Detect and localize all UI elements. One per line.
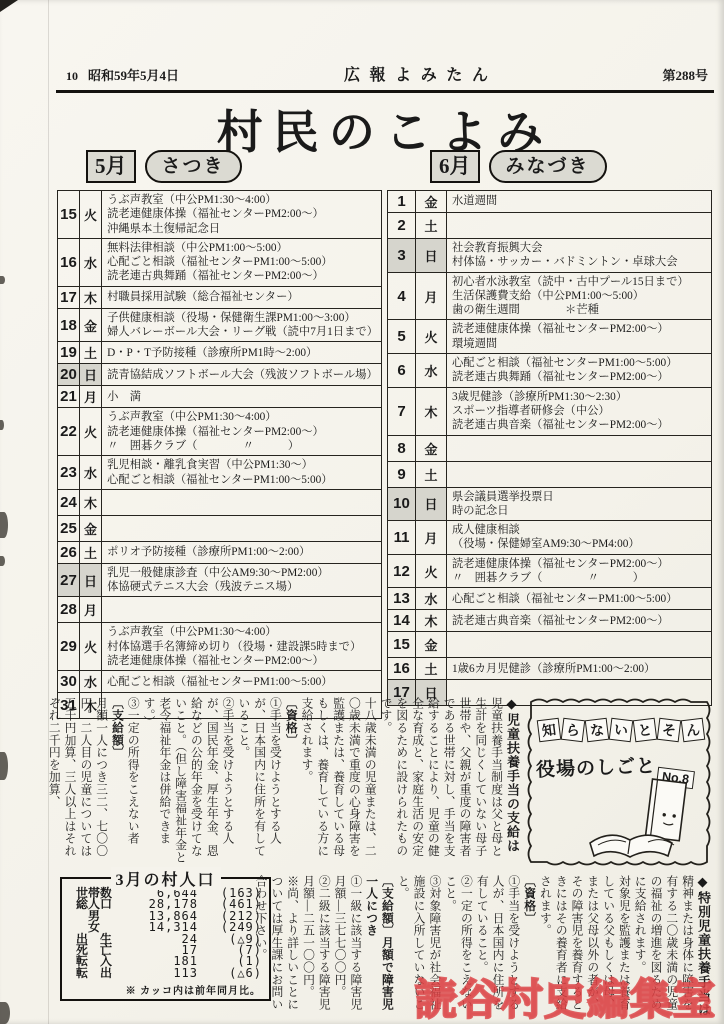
weekday: 日 xyxy=(416,239,447,273)
population-row-value: 113 xyxy=(136,968,198,979)
weekday: 火 xyxy=(79,191,101,239)
calendar-tables: 15火うぶ声教室（中公PM1:30～4:00）読老連健康体操（福祉センターPM2… xyxy=(57,190,712,719)
population-table: 世帯数6,644(163)総人口28,178(461) 男13,864(212)… xyxy=(62,879,269,979)
article-paragraph: ①手当を受けようとする人が、日本国内に住所を有していること。 xyxy=(235,697,282,869)
calendar-row: 27日乳児一般健康診査（中公AM9:30～PM2:00）体協硬式テニス大会（残波… xyxy=(58,563,382,597)
calendar-row: 26土ポリオ予防接種（診療所PM1:00～2:00） xyxy=(58,541,382,563)
calendar-row: 14木読老連古典音楽（福祉センターPM2:00～） xyxy=(388,610,712,632)
events-cell xyxy=(102,515,382,541)
calendar-row: 30水心配ごと相談（福祉センターPM1:00～5:00） xyxy=(58,671,382,693)
events-cell: 水道週間 xyxy=(447,191,712,213)
day-number: 23 xyxy=(58,456,80,490)
day-number: 9 xyxy=(388,461,416,487)
day-number: 24 xyxy=(58,489,80,515)
article-paragraph: 児童扶養手当制度は父と母と生計を同じくしていない母子世帯や、父親が重度の障害者で… xyxy=(377,697,503,869)
calendar-row: 21月小 満 xyxy=(58,386,382,408)
day-number: 18 xyxy=(58,308,80,342)
bottom-section: ◆児童扶養手当の支給は児童扶養手当制度は父と母と生計を同じくしていない母子世帯や… xyxy=(57,697,712,1019)
day-number: 2 xyxy=(388,213,416,239)
scan-corner-mark xyxy=(0,0,18,12)
events-cell: 乳児相談・離乳食実習（中公PM1:30～）心配ごと相談（福祉センターPM1:00… xyxy=(102,456,382,490)
calendar-row: 22火うぶ声教室（中公PM1:30～4:00）読老連健康体操（福祉センターPM2… xyxy=(58,408,382,456)
calendar-row: 7木3歳児健診（診療所PM1:30～2:30）スポーツ指導者研修会（中公）読老連… xyxy=(388,387,712,435)
calendar-row: 4月初心者水泳教室（読中・古中プール15日まで）生活保護費支給（中公PM1:00… xyxy=(388,272,712,320)
day-number: 4 xyxy=(388,272,416,320)
events-cell: D・P・T予防接種（診療所PM1時～2:00） xyxy=(102,342,382,364)
calendar-row: 16水無料法律相談（中公PM1:00～5:00）心配ごと相談（福祉センターPM1… xyxy=(58,238,382,286)
issue-number: 第288号 xyxy=(662,65,708,84)
day-number: 21 xyxy=(58,386,80,408)
weekday: 水 xyxy=(416,588,447,610)
book-mascot-icon xyxy=(584,777,702,863)
day-number: 17 xyxy=(58,286,80,308)
events-cell: 1歳6カ月児健診（診療所PM1:00～2:00） xyxy=(447,658,712,680)
calendar-row: 15金 xyxy=(388,632,712,658)
article-paragraph: 月額一人につき三二、七〇〇円。二人目の児童については五千円加算、三人以上はそれぞ… xyxy=(45,697,108,869)
month-number-label: 5月 xyxy=(86,150,136,183)
calendar-row: 12火読老連健康体操（福祉センターPM2:00～）〃 囲碁クラブ（ 〃 ） xyxy=(388,554,712,588)
article-paragraph: 〔支給額〕月額で障害児一人につき xyxy=(363,875,395,1017)
weekday: 日 xyxy=(79,563,101,597)
day-number: 16 xyxy=(58,238,80,286)
binding-mark xyxy=(0,1002,10,1024)
calendar-row: 6水心配ごと相談（福祉センターPM1:00～5:00）読老連古典舞踊（福祉センタ… xyxy=(388,354,712,388)
day-number: 27 xyxy=(58,563,80,597)
binding-mark xyxy=(0,420,4,430)
binding-mark xyxy=(0,276,5,284)
calendar-row: 15火うぶ声教室（中公PM1:30～4:00）読老連健康体操（福祉センターPM2… xyxy=(58,191,382,239)
badge-tile: ん xyxy=(681,718,706,743)
weekday: 金 xyxy=(416,632,447,658)
day-number: 29 xyxy=(58,623,80,671)
events-cell xyxy=(102,597,382,623)
events-cell: 読青協結成ソフトボール大会（残波ソフトボール場） xyxy=(102,364,382,386)
weekday: 月 xyxy=(416,272,447,320)
events-cell: 無料法律相談（中公PM1:00～5:00）心配ごと相談（福祉センターPM1:00… xyxy=(102,238,382,286)
day-number: 7 xyxy=(388,387,416,435)
day-number: 5 xyxy=(388,320,416,354)
events-cell: 乳児一般健康診査（中公AM9:30～PM2:00）体協硬式テニス大会（残波テニス… xyxy=(102,563,382,597)
day-number: 30 xyxy=(58,671,80,693)
day-number: 13 xyxy=(388,588,416,610)
events-cell: 3歳児健診（診療所PM1:30～2:30）スポーツ指導者研修会（中公）読老連古典… xyxy=(447,387,712,435)
calendar-row: 28月 xyxy=(58,597,382,623)
day-number: 28 xyxy=(58,597,80,623)
calendar-row: 5火読老連健康体操（福祉センターPM2:00～）環境週間 xyxy=(388,320,712,354)
calendar-row: 1金水道週間 xyxy=(388,191,712,213)
calendar-row: 3日社会教育振興大会村体協・サッカー・バドミントン・卓球大会 xyxy=(388,239,712,273)
day-number: 12 xyxy=(388,554,416,588)
day-number: 19 xyxy=(58,342,80,364)
day-number: 16 xyxy=(388,658,416,680)
events-cell: うぶ声教室（中公PM1:30～4:00）読老連健康体操（福祉センターPM2:00… xyxy=(102,191,382,239)
calendar-june: 1金水道週間2土3日社会教育振興大会村体協・サッカー・バドミントン・卓球大会4月… xyxy=(387,190,712,706)
calendar-row: 18金子供健康相談（役場・保健衛生課PM1:00～3:00）婦人バレーボール大会… xyxy=(58,308,382,342)
issue-date: 昭和59年5月4日 xyxy=(88,65,179,84)
weekday: 火 xyxy=(79,408,101,456)
events-cell: うぶ声教室（中公PM1:30～4:00）村体協選手名簿締め切り（役場・建設課5時… xyxy=(102,623,382,671)
article-paragraph: ※尚、より詳しいことについては厚生課にお問い合わせ下さい。 xyxy=(252,875,299,1017)
month-name-label: みなづき xyxy=(489,150,607,183)
binding-mark xyxy=(0,752,8,780)
calendar-row: 8金 xyxy=(388,435,712,461)
day-number: 3 xyxy=(388,239,416,273)
article-heading: ◆児童扶養手当の支給は xyxy=(504,697,521,869)
badge-title-tiles: 知らないとそん xyxy=(538,719,704,741)
binding-gutter-line xyxy=(48,0,49,1024)
month-name-label: さつき xyxy=(145,150,242,183)
events-cell: 読老連健康体操（福祉センターPM2:00～）〃 囲碁クラブ（ 〃 ） xyxy=(447,554,712,588)
events-cell: 初心者水泳教室（読中・古中プール15日まで）生活保護費支給（中公PM1:00～5… xyxy=(447,272,712,320)
yakuba-no-shigoto-badge: 知らないとそん 役場のしごと No.8 xyxy=(526,697,712,867)
weekday: 木 xyxy=(79,489,101,515)
month-badge-may: 5月 さつき xyxy=(86,150,242,183)
events-cell: 心配ごと相談（福祉センターPM1:00～5:00） xyxy=(447,588,712,610)
weekday: 金 xyxy=(416,191,447,213)
day-number: 11 xyxy=(388,521,416,555)
day-number: 1 xyxy=(388,191,416,213)
events-cell xyxy=(102,489,382,515)
weekday: 木 xyxy=(79,286,101,308)
day-number: 26 xyxy=(58,541,80,563)
weekday: 金 xyxy=(79,308,101,342)
article-paragraph: ②二級に該当する障害児 月額―二五一〇〇円。 xyxy=(300,875,332,1017)
calendar-row: 9土 xyxy=(388,461,712,487)
weekday: 金 xyxy=(79,515,101,541)
calendar-row: 20日読青協結成ソフトボール大会（残波ソフトボール場） xyxy=(58,364,382,386)
events-cell: 社会教育振興大会村体協・サッカー・バドミントン・卓球大会 xyxy=(447,239,712,273)
population-box: 3月の村人口 世帯数6,644(163)総人口28,178(461) 男13,8… xyxy=(60,877,271,1001)
day-number: 15 xyxy=(388,632,416,658)
day-number: 6 xyxy=(388,354,416,388)
weekday: 土 xyxy=(416,461,447,487)
badge-tile: 知 xyxy=(537,718,562,743)
events-cell xyxy=(447,461,712,487)
day-number: 8 xyxy=(388,435,416,461)
weekday: 月 xyxy=(416,521,447,555)
events-cell: 県会議員選挙投票日時の記念日 xyxy=(447,487,712,521)
events-cell xyxy=(447,213,712,239)
events-cell xyxy=(447,632,712,658)
article-paragraph: ③一定の所得をこえない者 xyxy=(124,697,140,869)
events-cell: 読老連健康体操（福祉センターPM2:00～）環境週間 xyxy=(447,320,712,354)
page-header: 10 昭和59年5月4日 広報よみたん 第288号 xyxy=(66,62,708,85)
events-cell: 小 満 xyxy=(102,386,382,408)
population-title: 3月の村人口 xyxy=(110,867,220,890)
calendar-row: 2土 xyxy=(388,213,712,239)
article-child-allowance: ◆児童扶養手当の支給は児童扶養手当制度は父と母と生計を同じくしていない母子世帯や… xyxy=(57,697,521,869)
events-cell: 心配ごと相談（福祉センターPM1:00～5:00） xyxy=(102,671,382,693)
badge-tile: ら xyxy=(561,718,586,743)
binding-mark xyxy=(0,512,8,538)
weekday: 水 xyxy=(416,354,447,388)
day-number: 10 xyxy=(388,487,416,521)
month-badge-june: 6月 みなづき xyxy=(430,150,607,183)
events-cell: ポリオ予防接種（診療所PM1:00～2:00） xyxy=(102,541,382,563)
population-row-label: 転 出 xyxy=(76,968,130,979)
events-cell: 心配ごと相談（福祉センターPM1:00～5:00）読老連古典舞踊（福祉センターP… xyxy=(447,354,712,388)
weekday: 月 xyxy=(79,597,101,623)
article-paragraph: 〔資格〕 xyxy=(282,697,298,869)
calendar-row: 23水乳児相談・離乳食実習（中公PM1:30～）心配ごと相談（福祉センターPM1… xyxy=(58,456,382,490)
events-cell: 読老連古典音楽（福祉センターPM2:00～） xyxy=(447,610,712,632)
editorial-office-stamp: 読谷村史編集室 xyxy=(415,967,716,1024)
events-cell: うぶ声教室（中公PM1:30～4:00）読老連健康体操（福祉センターPM2:00… xyxy=(102,408,382,456)
newspaper-page: 10 昭和59年5月4日 広報よみたん 第288号 村民のこよみ 5月 さつき … xyxy=(0,0,724,1024)
badge-tile: と xyxy=(633,718,658,743)
events-cell: 子供健康相談（役場・保健衛生課PM1:00～3:00）婦人バレーボール大会・リー… xyxy=(102,308,382,342)
badge-tile: そ xyxy=(657,718,682,743)
weekday: 木 xyxy=(416,610,447,632)
calendar-row: 10日県会議員選挙投票日時の記念日 xyxy=(388,487,712,521)
weekday: 金 xyxy=(416,435,447,461)
article-paragraph: ②手当を受けようとする人が、国民年金、厚生年金、恩給などの公的年金を受けてないこ… xyxy=(140,697,235,869)
weekday: 水 xyxy=(79,456,101,490)
page-number: 10 xyxy=(66,69,78,84)
day-number: 22 xyxy=(58,408,80,456)
article-paragraph: 十八歳未満の児童または、二〇歳未満で重度の心身障害を監護または、養育している母も… xyxy=(298,697,377,869)
events-cell: 村職員採用試験（総合福祉センター） xyxy=(102,286,382,308)
calendar-row: 13水心配ごと相談（福祉センターPM1:00～5:00） xyxy=(388,588,712,610)
day-number: 15 xyxy=(58,191,80,239)
badge-tile: い xyxy=(609,718,634,743)
calendar-row: 29火うぶ声教室（中公PM1:30～4:00）村体協選手名簿締め切り（役場・建設… xyxy=(58,623,382,671)
calendar-row: 19土D・P・T予防接種（診療所PM1時～2:00） xyxy=(58,342,382,364)
binding-mark xyxy=(0,556,5,566)
calendar-row: 24木 xyxy=(58,489,382,515)
badge-tile: な xyxy=(585,718,610,743)
calendar-row: 16土1歳6カ月児健診（診療所PM1:00～2:00） xyxy=(388,658,712,680)
day-number: 20 xyxy=(58,364,80,386)
events-cell: 成人健康相談（役場・保健婦室AM9:30～PM4:00） xyxy=(447,521,712,555)
weekday: 水 xyxy=(79,671,101,693)
weekday: 木 xyxy=(416,387,447,435)
day-number: 14 xyxy=(388,610,416,632)
weekday: 土 xyxy=(416,658,447,680)
weekday: 火 xyxy=(416,554,447,588)
weekday: 火 xyxy=(416,320,447,354)
article-paragraph: 〔支給額〕 xyxy=(109,697,125,869)
events-cell xyxy=(447,435,712,461)
calendar-row: 25金 xyxy=(58,515,382,541)
weekday: 火 xyxy=(79,623,101,671)
weekday: 水 xyxy=(79,238,101,286)
weekday: 月 xyxy=(79,386,101,408)
weekday: 土 xyxy=(79,541,101,563)
article-paragraph: ①一級に該当する障害児 月額―三七七〇〇円。 xyxy=(331,875,363,1017)
weekday: 日 xyxy=(79,364,101,386)
weekday: 土 xyxy=(416,213,447,239)
month-number-label: 6月 xyxy=(430,150,480,183)
header-rule xyxy=(56,90,714,93)
population-note: ※ カッコ内は前年同月比。 xyxy=(62,979,269,997)
calendar-may: 15火うぶ声教室（中公PM1:30～4:00）読老連健康体操（福祉センターPM2… xyxy=(57,190,382,719)
weekday: 日 xyxy=(416,487,447,521)
day-number: 25 xyxy=(58,515,80,541)
publication-name: 広報よみたん xyxy=(344,62,498,85)
weekday: 土 xyxy=(79,342,101,364)
calendar-row: 17木村職員採用試験（総合福祉センター） xyxy=(58,286,382,308)
calendar-row: 11月成人健康相談（役場・保健婦室AM9:30～PM4:00） xyxy=(388,521,712,555)
